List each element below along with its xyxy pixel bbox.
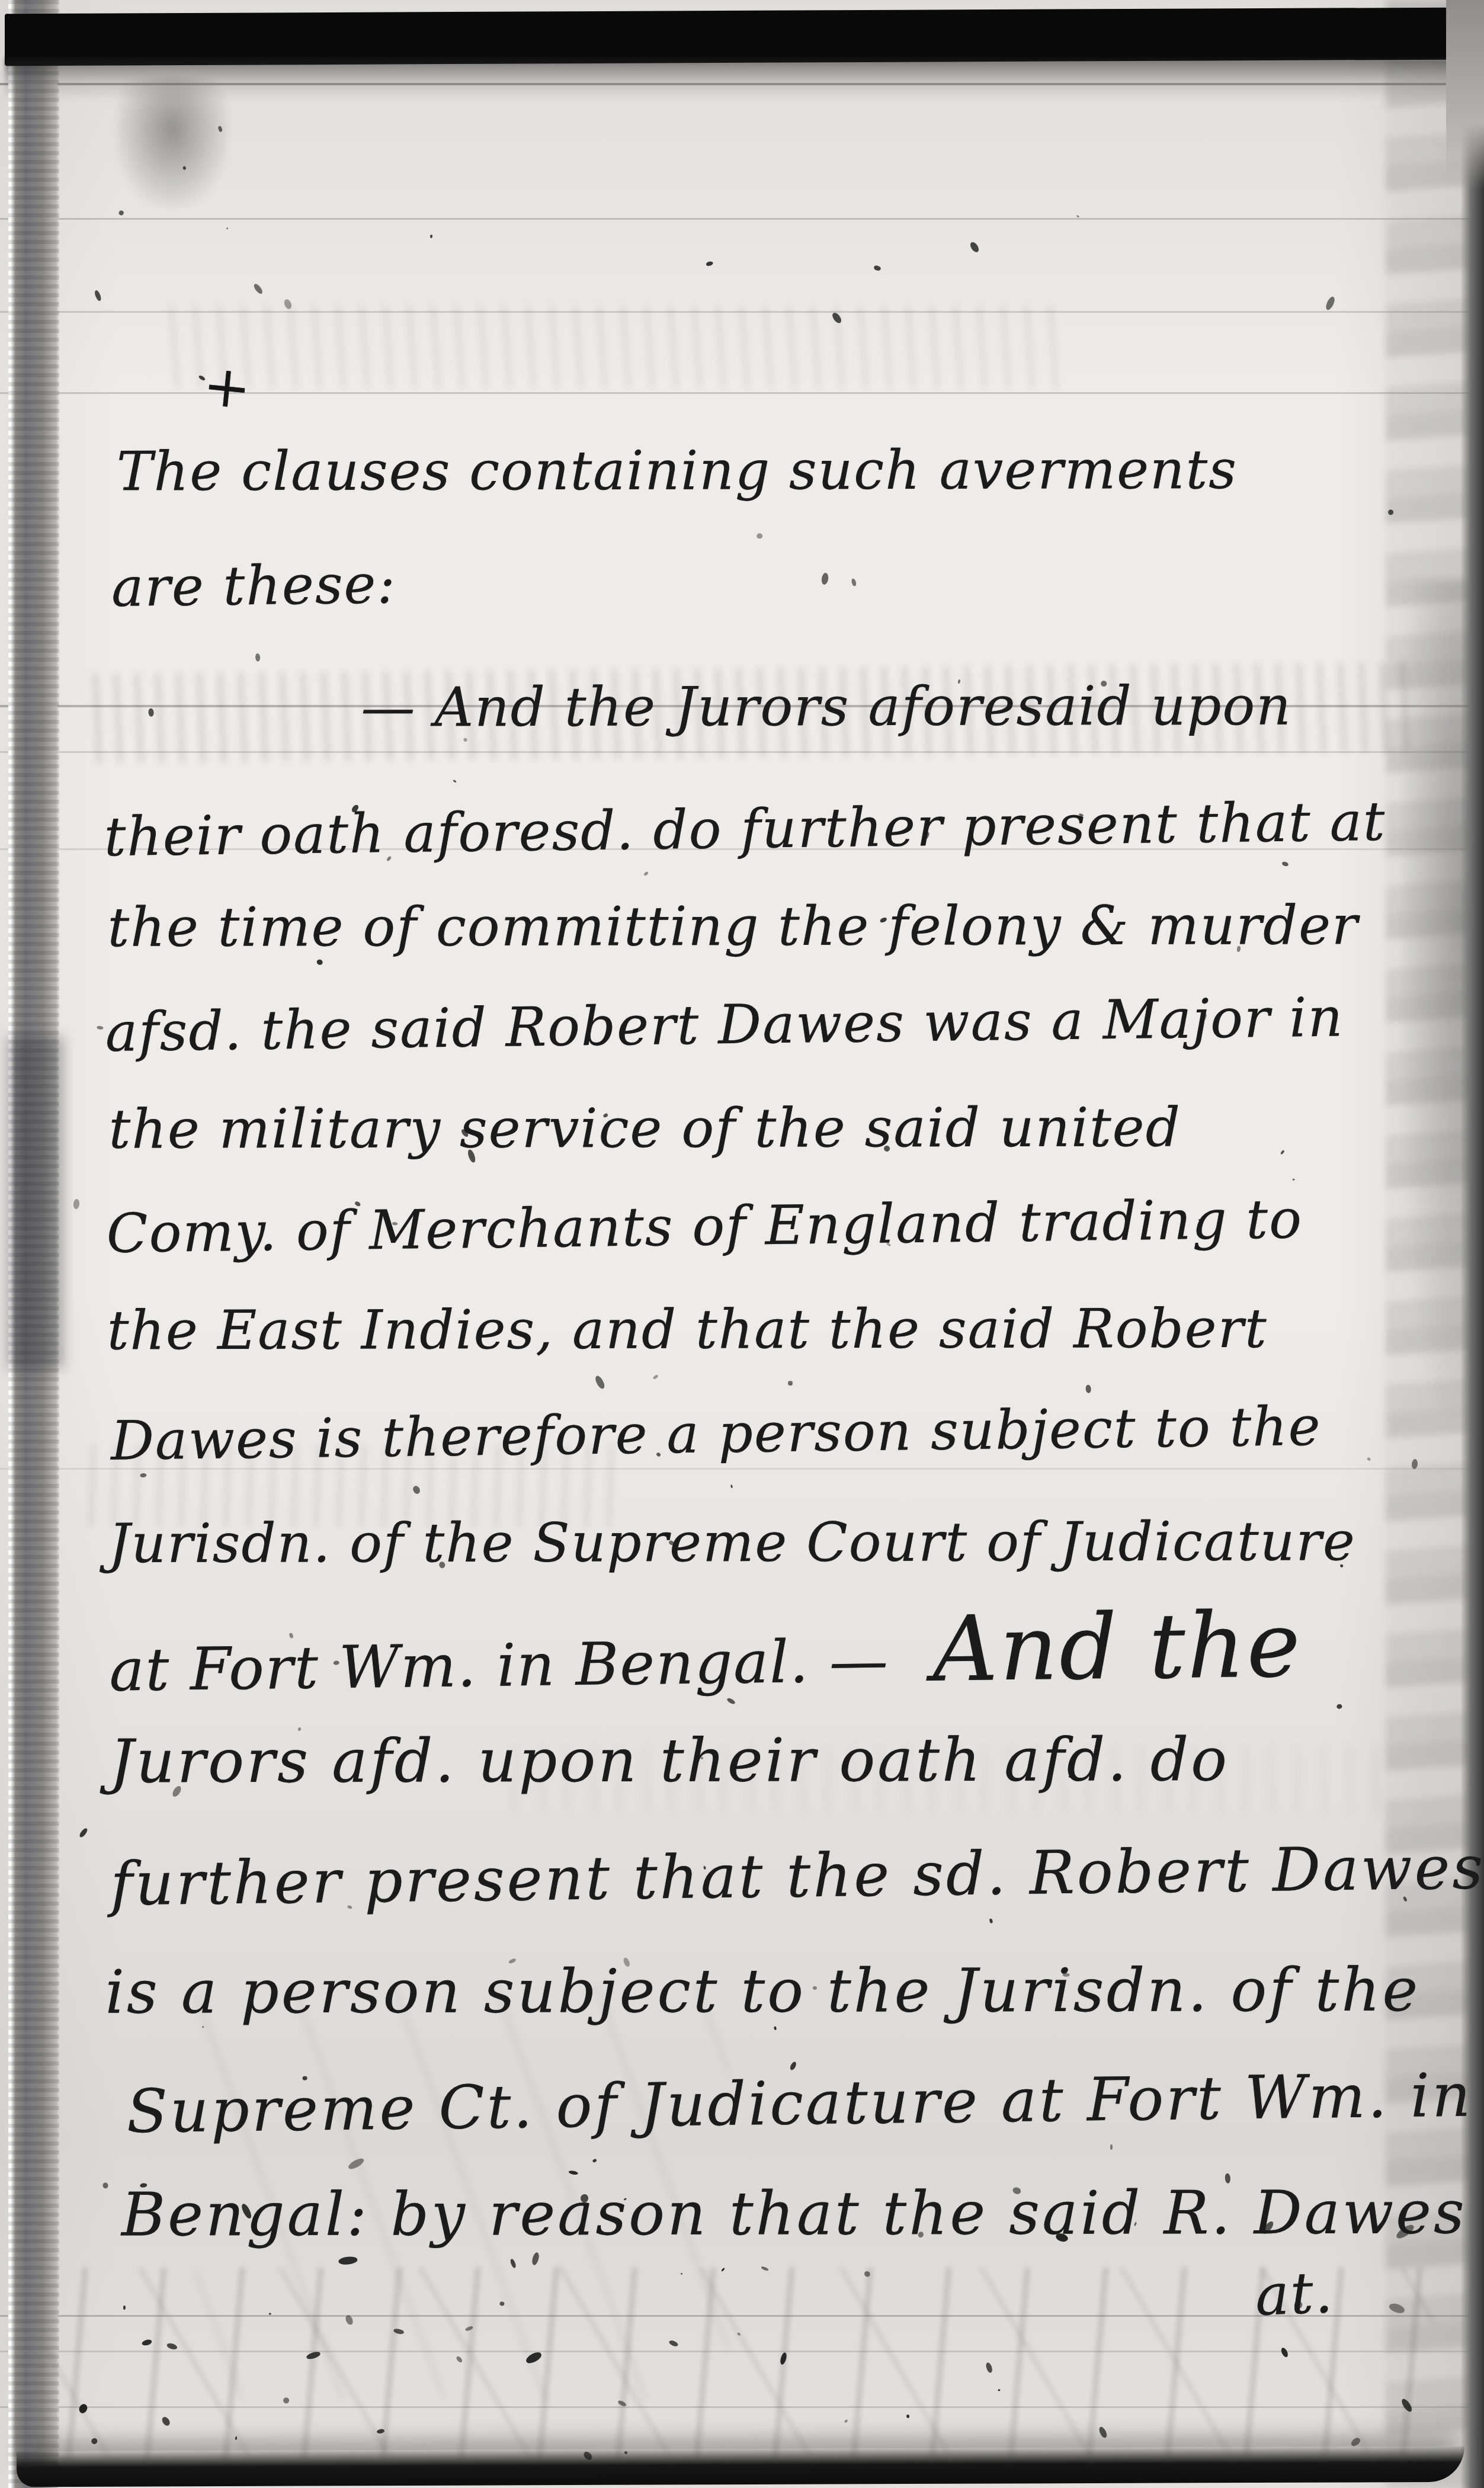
manuscript-line: Supreme Ct. of Judicature at Fort Wm. in	[126, 2060, 1473, 2147]
scanned-manuscript-page: { "manuscript": { "mark": "+", "lines": …	[0, 0, 1484, 2488]
catchword: at.	[1254, 2259, 1335, 2329]
manuscript-line: the time of committing the felony & murd…	[108, 894, 1359, 959]
manuscript-line: are these:	[111, 553, 397, 619]
manuscript-line: afsd. the said Robert Dawes was a Major …	[105, 986, 1344, 1064]
manuscript-line: their oath aforesd. do further present t…	[104, 791, 1386, 868]
manuscript-line: Jurors afd. upon their oath afd. do	[110, 1724, 1229, 1796]
manuscript-line: The clauses containing such averments	[117, 439, 1238, 503]
manuscript-line: is a person subject to the Jurisdn. of t…	[105, 1955, 1421, 2027]
manuscript-line: further present that the sd. Robert Dawe…	[110, 1832, 1484, 1919]
manuscript-line: Bengal: by reason that the said R. Dawes	[121, 2178, 1467, 2250]
manuscript-line-lead: at Fort Wm. in Bengal. —	[109, 1627, 890, 1705]
manuscript-text: + The clauses containing such averments …	[0, 0, 1484, 2488]
plus-mark: +	[200, 352, 254, 422]
manuscript-line: the East Indies, and that the said Rober…	[107, 1298, 1268, 1362]
manuscript-line: Jurisdn. of the Supreme Court of Judicat…	[108, 1511, 1356, 1575]
manuscript-line: — And the Jurors aforesaid upon	[361, 675, 1292, 739]
and-the-emphasis: And the	[932, 1592, 1302, 1702]
manuscript-line: at Fort Wm. in Bengal. —And the	[108, 1592, 1303, 1712]
manuscript-line: Dawes is therefore a person subject to t…	[110, 1396, 1322, 1473]
manuscript-line: Comy. of Merchants of England trading to	[106, 1188, 1303, 1265]
manuscript-line: the military service of the said united	[109, 1096, 1181, 1160]
